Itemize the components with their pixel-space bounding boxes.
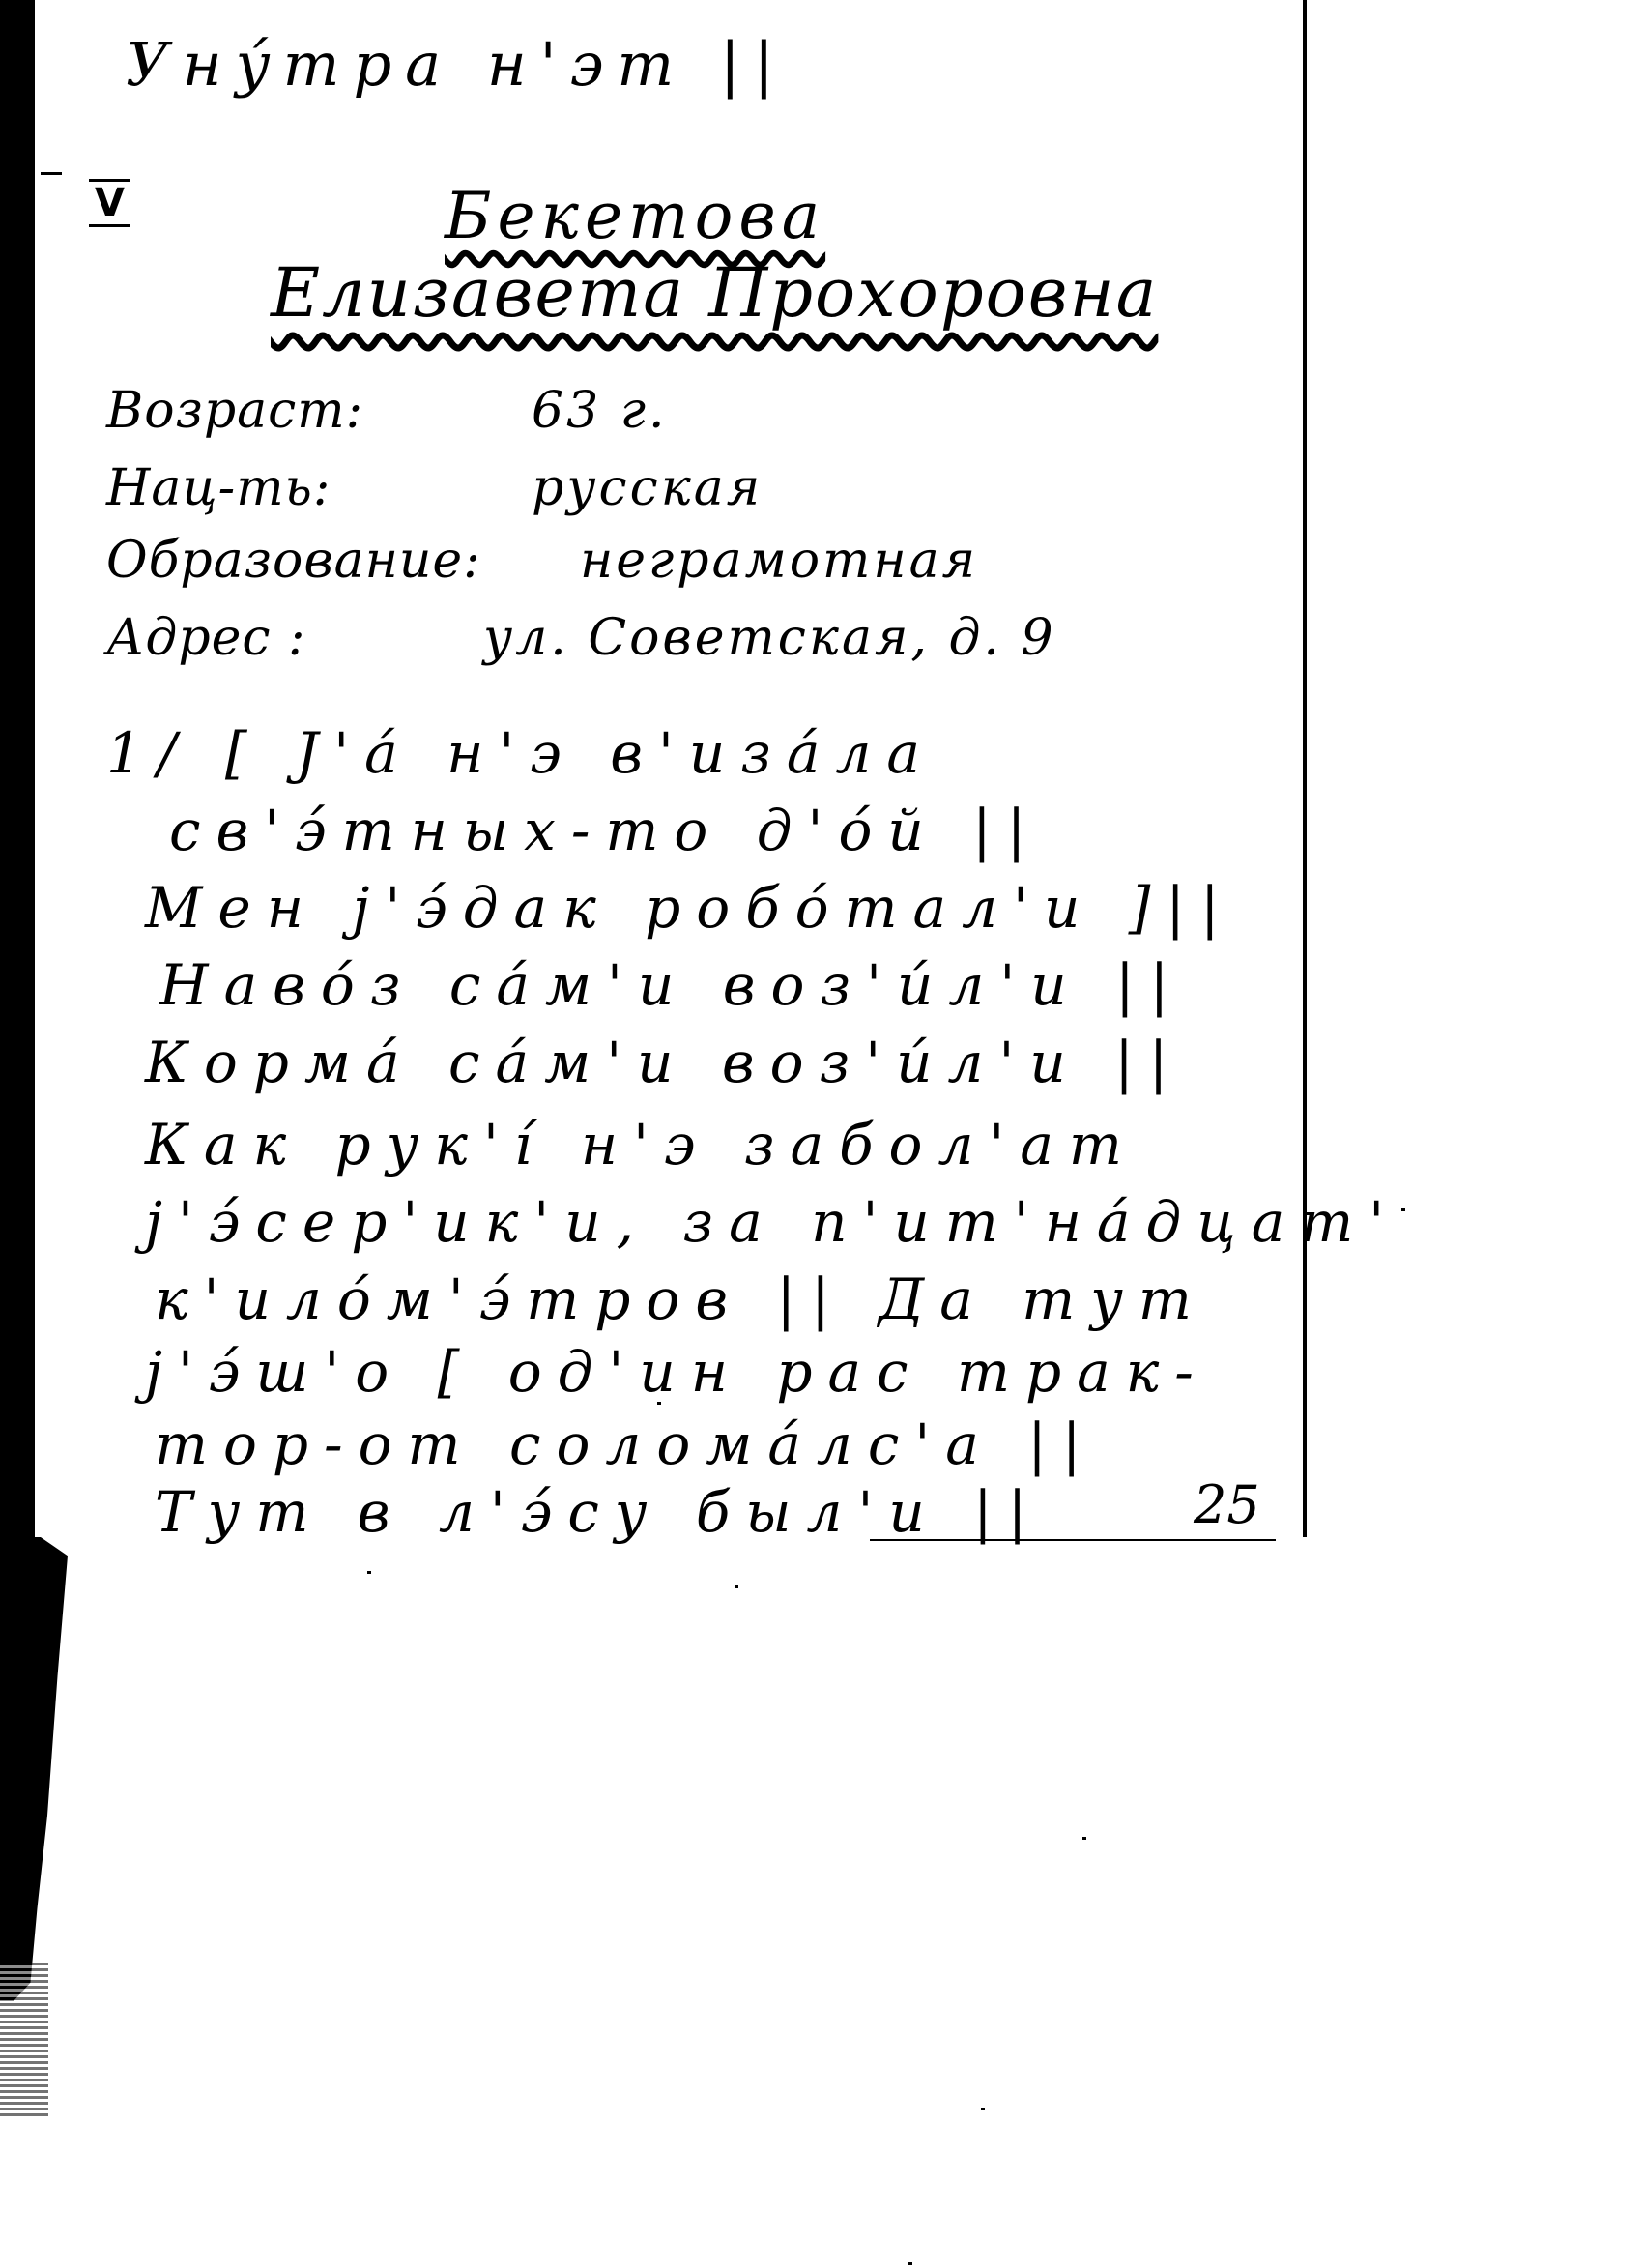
paper-right-edge bbox=[1303, 0, 1307, 1537]
field-value: неграмотная bbox=[580, 532, 978, 590]
scan-left-border-shadow bbox=[0, 1537, 68, 2001]
dialect-line: к'илóм'э́тров || Да тут bbox=[155, 1266, 1207, 1332]
field-label: Возраст: bbox=[106, 382, 363, 440]
dialect-line: 1/ [ J'á н'э в'изáла bbox=[106, 720, 936, 786]
scan-speck bbox=[1082, 1837, 1086, 1840]
dialect-line: Мен j'э́дак робóтал'и ]|| bbox=[145, 875, 1235, 941]
dialect-line: св'э́тных-то д'óй || bbox=[169, 798, 1041, 863]
scan-speck bbox=[735, 1585, 738, 1588]
scan-speck bbox=[657, 1402, 661, 1405]
field-value: русская bbox=[532, 459, 763, 517]
scan-speck bbox=[1401, 1208, 1405, 1211]
top-dialect-line: Унýтра н'эт || bbox=[126, 29, 788, 100]
informant-name-patronymic: Елизавета Прохоровна bbox=[271, 253, 1158, 333]
scan-left-border-fray bbox=[0, 1963, 48, 2117]
dialect-line: Как рук'í н'э забол'ат bbox=[145, 1112, 1138, 1178]
dialect-line: j'э́ш'о [ од'ин рас трак- bbox=[145, 1339, 1209, 1405]
dialect-line: Корма́ сáм'и воз'úл'и || bbox=[145, 1030, 1183, 1095]
section-mark: V bbox=[89, 179, 130, 227]
dialect-line: Тут в л'э́су был'и || bbox=[155, 1479, 1042, 1545]
margin-tick bbox=[41, 172, 62, 175]
field-label: Адрес : bbox=[106, 609, 306, 667]
scan-speck bbox=[981, 2108, 985, 2110]
dialect-line: Навóз сáм'и воз'úл'и || bbox=[159, 952, 1184, 1018]
scan-speck bbox=[367, 1571, 371, 1574]
page-number: 25 bbox=[1194, 1474, 1260, 1535]
dialect-line: тор-от соломáлс'а || bbox=[155, 1411, 1096, 1477]
field-value: 63 г. bbox=[532, 382, 668, 440]
scan-speck bbox=[908, 2262, 912, 2265]
informant-surname: Бекетова bbox=[445, 179, 825, 253]
field-label: Образование: bbox=[106, 532, 481, 590]
scan-left-border bbox=[0, 0, 35, 1547]
dialect-line: j'э́сер'ик'и, за п'ит'нáдцат' bbox=[145, 1189, 1399, 1255]
field-value: ул. Советская, д. 9 bbox=[483, 609, 1056, 667]
field-label: Нац-ть: bbox=[106, 459, 331, 517]
